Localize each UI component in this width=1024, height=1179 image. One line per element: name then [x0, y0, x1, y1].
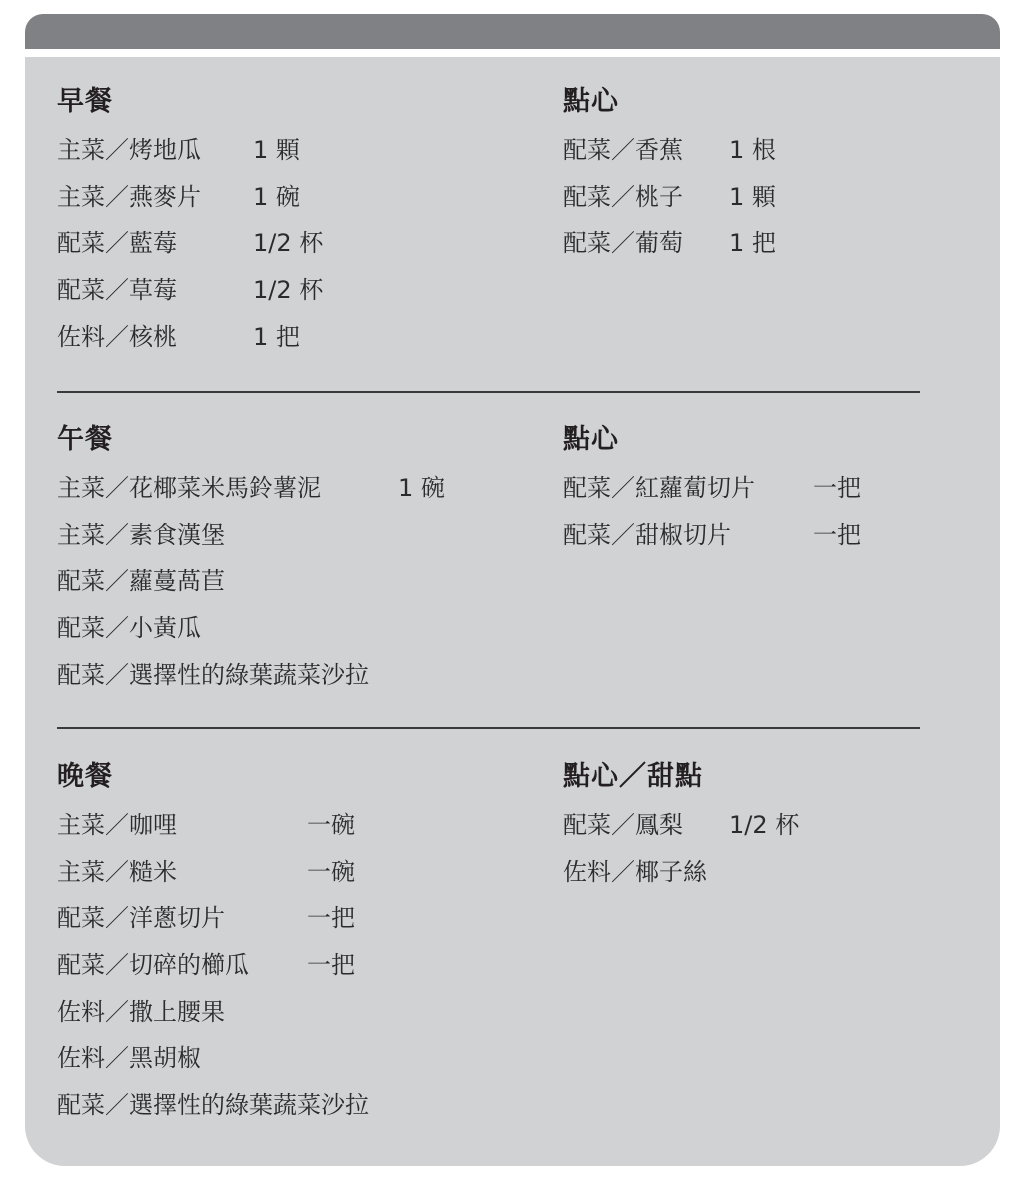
- item-name: 主菜／烤地瓜: [57, 127, 201, 174]
- list-item: 佐料／黑胡椒: [57, 1035, 113, 1082]
- list-item: 配菜／紅蘿蔔切片一把: [563, 465, 619, 512]
- meal-column: 晚餐 主菜／咖哩一碗 主菜／糙米一碗 配菜／洋蔥切片一把 配菜／切碎的櫛瓜一把 …: [57, 757, 113, 1129]
- snack-column: 點心／甜點 配菜／鳳梨1/2 杯 佐料／椰子絲: [563, 757, 703, 895]
- list-item: 配菜／香蕉1 根: [563, 127, 619, 174]
- header-bar: [25, 14, 1000, 49]
- list-item: 主菜／糙米一碗: [57, 849, 113, 896]
- snack-column: 點心 配菜／香蕉1 根 配菜／桃子1 顆 配菜／葡萄1 把: [563, 82, 619, 267]
- item-name: 佐料／椰子絲: [563, 849, 707, 896]
- item-name: 主菜／燕麥片: [57, 174, 201, 221]
- section-divider: [57, 727, 920, 729]
- item-qty: 一把: [813, 512, 861, 559]
- item-qty: 1 把: [729, 220, 776, 267]
- item-name: 主菜／糙米: [57, 849, 177, 896]
- meal-title: 晚餐: [57, 757, 113, 797]
- item-qty: 1 顆: [729, 174, 776, 221]
- item-name: 佐料／黑胡椒: [57, 1035, 201, 1082]
- item-name: 配菜／草莓: [57, 267, 177, 314]
- item-name: 配菜／蘿蔓萵苣: [57, 558, 225, 605]
- section-divider: [57, 391, 920, 393]
- list-item: 配菜／選擇性的綠葉蔬菜沙拉: [57, 1082, 113, 1129]
- item-name: 配菜／桃子: [563, 174, 683, 221]
- item-qty: 1/2 杯: [253, 267, 323, 314]
- item-qty: 一把: [307, 942, 355, 989]
- item-name: 佐料／撒上腰果: [57, 989, 225, 1036]
- snack-title: 點心: [563, 420, 619, 460]
- list-item: 佐料／撒上腰果: [57, 989, 113, 1036]
- item-qty: 一碗: [307, 802, 355, 849]
- item-name: 配菜／甜椒切片: [563, 512, 731, 559]
- item-qty: 1/2 杯: [253, 220, 323, 267]
- meal-title: 早餐: [57, 82, 113, 122]
- item-name: 配菜／切碎的櫛瓜: [57, 942, 249, 989]
- list-item: 配菜／蘿蔓萵苣: [57, 558, 113, 605]
- list-item: 主菜／花椰菜米馬鈴薯泥1 碗: [57, 465, 113, 512]
- snack-title: 點心／甜點: [563, 757, 703, 797]
- item-qty: 1 碗: [253, 174, 300, 221]
- meal-column: 早餐 主菜／烤地瓜1 顆 主菜／燕麥片1 碗 配菜／藍莓1/2 杯 配菜／草莓1…: [57, 82, 113, 360]
- item-qty: 1/2 杯: [729, 802, 799, 849]
- item-name: 主菜／素食漢堡: [57, 512, 225, 559]
- list-item: 配菜／草莓1/2 杯: [57, 267, 113, 314]
- item-qty: 1 碗: [398, 465, 445, 512]
- list-item: 佐料／核桃1 把: [57, 314, 113, 361]
- list-item: 配菜／藍莓1/2 杯: [57, 220, 113, 267]
- item-name: 配菜／紅蘿蔔切片: [563, 465, 755, 512]
- item-name: 配菜／選擇性的綠葉蔬菜沙拉: [57, 652, 369, 699]
- item-qty: 1 根: [729, 127, 776, 174]
- snack-column: 點心 配菜／紅蘿蔔切片一把 配菜／甜椒切片一把: [563, 420, 619, 558]
- item-qty: 1 把: [253, 314, 300, 361]
- item-name: 配菜／洋蔥切片: [57, 895, 225, 942]
- item-name: 主菜／咖哩: [57, 802, 177, 849]
- item-name: 配菜／鳳梨: [563, 802, 683, 849]
- list-item: 配菜／小黃瓜: [57, 605, 113, 652]
- list-item: 配菜／切碎的櫛瓜一把: [57, 942, 113, 989]
- item-name: 主菜／花椰菜米馬鈴薯泥: [57, 465, 321, 512]
- item-qty: 一把: [813, 465, 861, 512]
- item-qty: 一碗: [307, 849, 355, 896]
- item-name: 配菜／葡萄: [563, 220, 683, 267]
- item-name: 配菜／藍莓: [57, 220, 177, 267]
- list-item: 配菜／葡萄1 把: [563, 220, 619, 267]
- list-item: 配菜／洋蔥切片一把: [57, 895, 113, 942]
- item-qty: 1 顆: [253, 127, 300, 174]
- list-item: 主菜／燕麥片1 碗: [57, 174, 113, 221]
- list-item: 配菜／甜椒切片一把: [563, 512, 619, 559]
- item-name: 配菜／香蕉: [563, 127, 683, 174]
- meal-column: 午餐 主菜／花椰菜米馬鈴薯泥1 碗 主菜／素食漢堡 配菜／蘿蔓萵苣 配菜／小黃瓜…: [57, 420, 113, 698]
- list-item: 主菜／咖哩一碗: [57, 802, 113, 849]
- list-item: 配菜／鳳梨1/2 杯: [563, 802, 703, 849]
- item-name: 配菜／選擇性的綠葉蔬菜沙拉: [57, 1082, 369, 1129]
- meal-title: 午餐: [57, 420, 113, 460]
- item-name: 佐料／核桃: [57, 314, 177, 361]
- item-qty: 一把: [307, 895, 355, 942]
- list-item: 配菜／桃子1 顆: [563, 174, 619, 221]
- list-item: 配菜／選擇性的綠葉蔬菜沙拉: [57, 652, 113, 699]
- list-item: 主菜／素食漢堡: [57, 512, 113, 559]
- snack-title: 點心: [563, 82, 619, 122]
- item-name: 配菜／小黃瓜: [57, 605, 201, 652]
- list-item: 佐料／椰子絲: [563, 849, 703, 896]
- list-item: 主菜／烤地瓜1 顆: [57, 127, 113, 174]
